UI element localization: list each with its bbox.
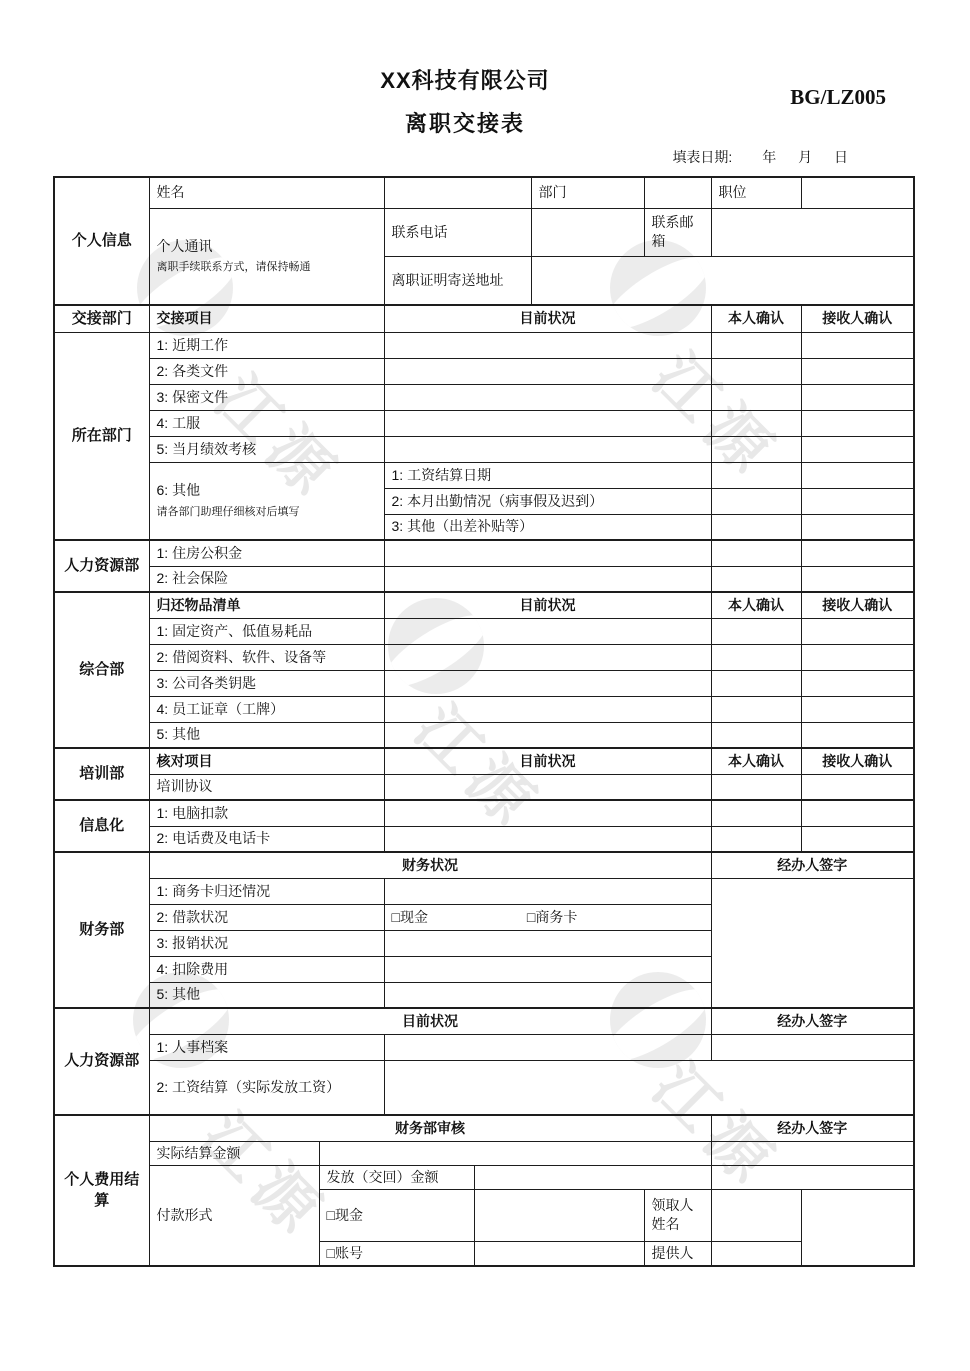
status-cell — [384, 644, 711, 670]
self-confirm-cell — [711, 332, 801, 358]
item-cell: 5: 当月绩效考核 — [149, 436, 384, 462]
provider-label: 提供人 — [644, 1241, 711, 1266]
email-label: 联系邮箱 — [644, 208, 711, 256]
header-receiver-confirm: 接收人确认 — [801, 748, 914, 774]
grant-amount-label: 发放（交回）金额 — [319, 1165, 474, 1189]
status-cell — [384, 1060, 914, 1115]
receiver-confirm-cell — [801, 514, 914, 540]
header-check-items: 核对项目 — [149, 748, 384, 774]
self-confirm-cell — [711, 410, 801, 436]
month-label: 月 — [798, 149, 812, 165]
header-current-status: 目前状况 — [384, 748, 711, 774]
self-confirm-cell — [711, 618, 801, 644]
receiver-confirm-cell — [801, 462, 914, 488]
name-label: 姓名 — [149, 177, 384, 208]
position-label: 职位 — [711, 177, 801, 208]
status-cell — [384, 670, 711, 696]
status-cell — [384, 358, 711, 384]
receiver-confirm-cell — [801, 332, 914, 358]
receiver-confirm-cell — [801, 436, 914, 462]
day-label: 日 — [834, 149, 848, 165]
address-label: 离职证明寄送地址 — [384, 256, 531, 305]
self-confirm-cell — [711, 696, 801, 722]
item-cell: 1: 近期工作 — [149, 332, 384, 358]
handler-signature-cell — [711, 1034, 914, 1060]
header-self-confirm: 本人确认 — [711, 305, 801, 332]
section-label-training: 培训部 — [54, 748, 149, 800]
status-cell — [384, 384, 711, 410]
sub-item-cell: 3: 其他（出差补贴等） — [384, 514, 711, 540]
status-cell — [384, 956, 711, 982]
header-self-confirm: 本人确认 — [711, 748, 801, 774]
item-cell: 5: 其他 — [149, 722, 384, 748]
status-cell — [384, 566, 711, 592]
receiver-confirm-cell — [801, 358, 914, 384]
receiver-confirm-cell — [801, 618, 914, 644]
self-confirm-cell — [711, 514, 801, 540]
actual-amount-value-cell — [319, 1141, 711, 1165]
status-cell — [384, 774, 711, 800]
address-value-cell — [531, 256, 914, 305]
self-confirm-cell — [711, 540, 801, 566]
header-handler-signature: 经办人签字 — [711, 852, 914, 878]
item-cell: 2: 各类文件 — [149, 358, 384, 384]
sub-item-cell: 2: 本月出勤情况（病事假及迟到） — [384, 488, 711, 514]
header-handler-signature: 经办人签字 — [711, 1008, 914, 1034]
item-other-note: 请各部门助理仔细核对后填写 — [157, 504, 377, 521]
handover-form-table: 个人信息 姓名 部门 职位 个人通讯 离职手续联系方式，请保持畅通 联系电话 联… — [53, 176, 915, 1267]
item-other-cell: 6: 其他 请各部门助理仔细核对后填写 — [149, 462, 384, 540]
receiver-confirm-cell — [801, 566, 914, 592]
self-confirm-cell — [711, 462, 801, 488]
section-label-own-dept: 所在部门 — [54, 332, 149, 540]
receiver-confirm-cell — [801, 488, 914, 514]
receiver-confirm-cell — [801, 722, 914, 748]
header-return-items: 归还物品清单 — [149, 592, 384, 618]
receiver-confirm-cell — [801, 410, 914, 436]
item-other-label: 6: 其他 — [157, 481, 377, 500]
item-cell: 5: 其他 — [149, 982, 384, 1008]
item-cell: 1: 住房公积金 — [149, 540, 384, 566]
cash-checkbox-option: □现金 — [319, 1189, 474, 1241]
position-value-cell — [801, 177, 914, 208]
status-cell — [384, 332, 711, 358]
section-label-hr1: 人力资源部 — [54, 540, 149, 592]
self-confirm-cell — [711, 488, 801, 514]
name-value-cell — [384, 177, 531, 208]
status-cell — [384, 826, 711, 852]
self-confirm-cell — [711, 436, 801, 462]
cash-value-cell — [474, 1189, 644, 1241]
receiver-confirm-cell — [801, 800, 914, 826]
phone-value-cell — [531, 208, 644, 256]
status-cell — [384, 618, 711, 644]
self-confirm-cell — [711, 384, 801, 410]
self-confirm-cell — [711, 800, 801, 826]
handler-signature-cell — [711, 1141, 914, 1165]
header-handler-signature: 经办人签字 — [711, 1115, 914, 1141]
year-label: 年 — [762, 149, 776, 165]
status-cell — [384, 540, 711, 566]
receiver-confirm-cell — [801, 826, 914, 852]
section-label-general: 综合部 — [54, 592, 149, 748]
item-cell: 4: 扣除费用 — [149, 956, 384, 982]
loan-options-cell: □现金 □商务卡 — [384, 904, 711, 930]
receiver-confirm-cell — [801, 696, 914, 722]
item-cell: 4: 工服 — [149, 410, 384, 436]
grant-amount-value-cell — [474, 1165, 711, 1189]
status-cell — [384, 878, 711, 904]
item-cell: 2: 借阅资料、软件、设备等 — [149, 644, 384, 670]
header-finance-review: 财务部审核 — [149, 1115, 711, 1141]
item-cell: 2: 借款状况 — [149, 904, 384, 930]
item-cell: 1: 电脑扣款 — [149, 800, 384, 826]
document-code: BG/LZ005 — [790, 85, 886, 110]
status-cell — [384, 800, 711, 826]
receiver-confirm-cell — [801, 670, 914, 696]
section-label-settlement: 个人费用结算 — [54, 1115, 149, 1266]
item-cell: 4: 员工证章（工牌） — [149, 696, 384, 722]
resignation-handover-form-page: 江源 江源 江源 江源 江源 XX科技有限公司 离职交接表 BG/LZ005 填… — [0, 0, 970, 1371]
section-label-it: 信息化 — [54, 800, 149, 852]
account-value-cell — [474, 1241, 644, 1266]
header-current-status: 目前状况 — [384, 592, 711, 618]
header-receiver-confirm: 接收人确认 — [801, 592, 914, 618]
receiver-confirm-cell — [801, 774, 914, 800]
status-cell — [384, 436, 711, 462]
provider-value-cell — [711, 1241, 801, 1266]
payment-method-label: 付款形式 — [149, 1165, 319, 1266]
self-confirm-cell — [711, 826, 801, 852]
header-handover-dept: 交接部门 — [54, 305, 149, 332]
header-self-confirm: 本人确认 — [711, 592, 801, 618]
account-checkbox-option: □账号 — [319, 1241, 474, 1266]
header-receiver-confirm: 接收人确认 — [801, 305, 914, 332]
email-value-cell — [711, 208, 914, 256]
section-label-personal-info: 个人信息 — [54, 177, 149, 305]
form-title: 离职交接表 — [0, 107, 930, 138]
status-cell — [384, 722, 711, 748]
self-confirm-cell — [711, 774, 801, 800]
self-confirm-cell — [711, 670, 801, 696]
status-cell — [384, 1034, 711, 1060]
item-cell: 2: 工资结算（实际发放工资） — [149, 1060, 384, 1115]
self-confirm-cell — [711, 358, 801, 384]
receiver-confirm-cell — [801, 540, 914, 566]
header-current-status: 目前状况 — [384, 305, 711, 332]
status-cell — [384, 696, 711, 722]
actual-amount-label: 实际结算金额 — [149, 1141, 319, 1165]
header-handover-item: 交接项目 — [149, 305, 384, 332]
header-current-status: 目前状况 — [149, 1008, 711, 1034]
item-cell: 1: 人事档案 — [149, 1034, 384, 1060]
self-confirm-cell — [711, 722, 801, 748]
dept-value-cell — [644, 177, 711, 208]
recipient-name-value-cell — [711, 1189, 801, 1241]
item-cell: 3: 报销状况 — [149, 930, 384, 956]
dept-label: 部门 — [531, 177, 644, 208]
section-label-finance: 财务部 — [54, 852, 149, 1008]
contact-label: 个人通讯 — [157, 237, 377, 256]
status-cell — [384, 930, 711, 956]
handler-signature-cell — [711, 1165, 914, 1189]
cash-checkbox-option: □现金 — [392, 909, 428, 925]
status-cell — [384, 410, 711, 436]
contact-label-cell: 个人通讯 离职手续联系方式，请保持畅通 — [149, 208, 384, 305]
sub-item-cell: 1: 工资结算日期 — [384, 462, 711, 488]
header-finance-status: 财务状况 — [149, 852, 711, 878]
business-card-checkbox-option: □商务卡 — [527, 909, 577, 925]
handler-signature-cell — [711, 878, 914, 1008]
item-cell: 3: 公司各类钥匙 — [149, 670, 384, 696]
item-cell: 1: 商务卡归还情况 — [149, 878, 384, 904]
item-cell: 2: 社会保险 — [149, 566, 384, 592]
fill-date-label: 填表日期: — [672, 149, 732, 165]
receiver-confirm-cell — [801, 644, 914, 670]
section-label-hr2: 人力资源部 — [54, 1008, 149, 1115]
self-confirm-cell — [711, 644, 801, 670]
item-cell: 3: 保密文件 — [149, 384, 384, 410]
phone-label: 联系电话 — [384, 208, 531, 256]
contact-note: 离职手续联系方式，请保持畅通 — [157, 259, 377, 276]
handler-signature-cell — [801, 1189, 914, 1266]
status-cell — [384, 982, 711, 1008]
receiver-confirm-cell — [801, 384, 914, 410]
item-cell: 2: 电话费及电话卡 — [149, 826, 384, 852]
self-confirm-cell — [711, 566, 801, 592]
item-cell: 1: 固定资产、低值易耗品 — [149, 618, 384, 644]
item-cell: 培训协议 — [149, 774, 384, 800]
recipient-name-label: 领取人姓名 — [644, 1189, 711, 1241]
fill-date-line: 填表日期: 年 月 日 — [672, 147, 848, 167]
